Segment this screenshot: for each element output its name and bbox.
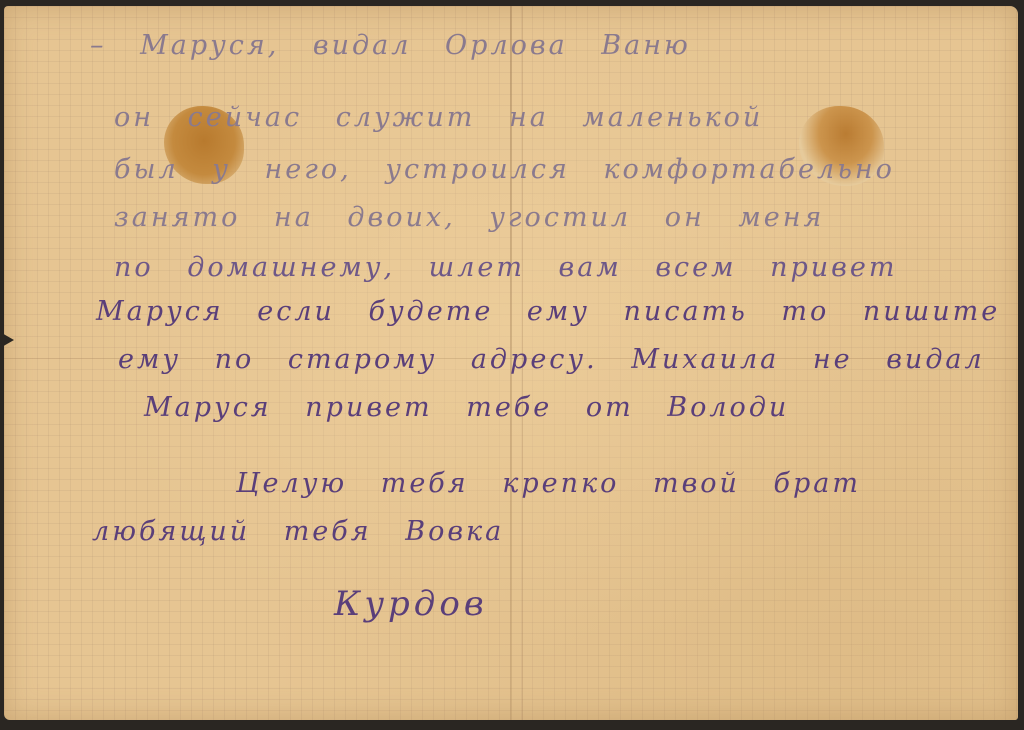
letter-line-1: – Маруся, видал Орлова Ваню xyxy=(90,30,691,61)
signature: Курдов xyxy=(334,584,488,624)
letter-line-9: Целую тебя крепко твой брат xyxy=(236,468,861,499)
letter-line-2: он сейчас служит на маленькой xyxy=(114,102,763,133)
letter-line-4: занято на двоих, угостил он меня xyxy=(114,202,824,233)
letter-line-6: Маруся если будете ему писать то пишите xyxy=(96,296,1000,327)
letter-paper: – Маруся, видал Орлова Ваню он сейчас сл… xyxy=(4,6,1018,720)
letter-line-10: любящий тебя Вовка xyxy=(92,516,504,547)
letter-line-3: был у него, устроился комфортабельно xyxy=(114,154,895,185)
paper-tear-notch xyxy=(0,332,14,348)
letter-line-5: по домашнему, шлет вам всем привет xyxy=(114,252,897,283)
letter-line-7: ему по старому адресу. Михаила не видал xyxy=(118,344,985,375)
letter-line-8: Маруся привет тебе от Володи xyxy=(144,392,789,423)
